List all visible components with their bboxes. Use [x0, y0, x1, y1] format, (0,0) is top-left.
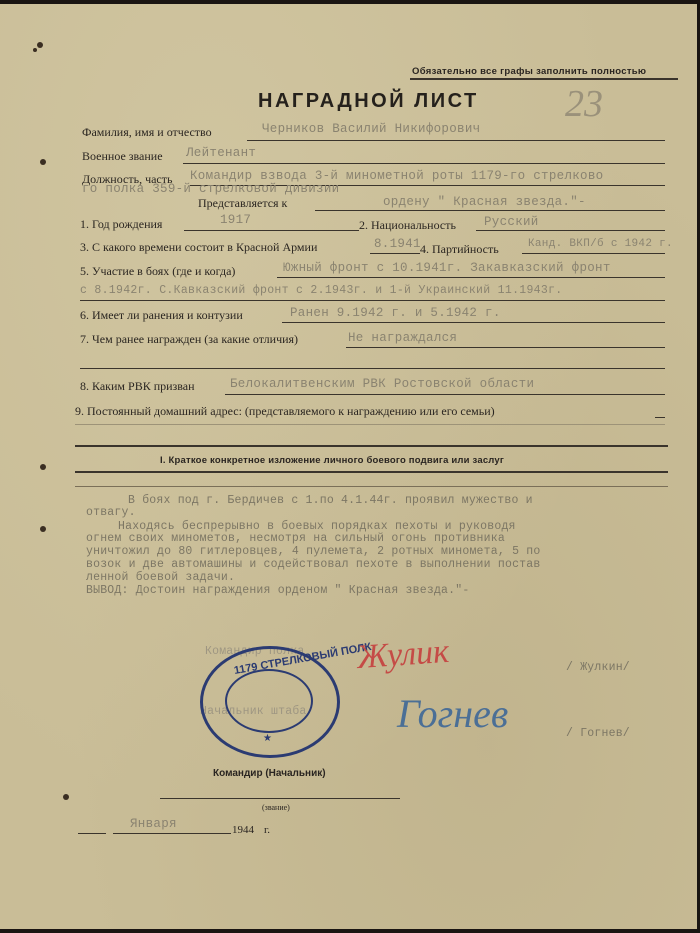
battles-underline-2 [80, 300, 665, 301]
awards-value: Не награждался [348, 331, 457, 345]
address-line-2 [75, 424, 665, 425]
signer1-typed-name: / Жулкин/ [566, 661, 630, 674]
army-since-label: 3. С какого времени состоит в Красной Ар… [80, 240, 317, 255]
narrative-line: ВЫВОД: Достоин награждения орденом " Кра… [86, 584, 469, 597]
regiment-stamp: 1179 СТРЕЛКОВЫЙ ПОЛК ★ [200, 646, 340, 758]
punch-hole [40, 526, 46, 532]
narrative-line: отвагу. [86, 506, 136, 519]
nominated-label: Представляется к [198, 196, 287, 211]
punch-hole [40, 464, 46, 470]
birth-year-underline [184, 230, 359, 231]
position-value-line2: го полка 359-й стрелковой дивизии [82, 182, 339, 196]
punch-hole [40, 159, 46, 165]
birth-year-label: 1. Год рождения [80, 217, 162, 232]
section1-heading: I. Краткое конкретное изложение личного … [160, 455, 504, 466]
rank-value: Лейтенант [186, 146, 256, 160]
party-label: 4. Партийность [420, 242, 499, 257]
narrative-line: уничтожил до 80 гитлеровцев, 4 пулемета,… [86, 545, 540, 558]
wounds-value: Ранен 9.1942 г. и 5.1942 г. [290, 306, 501, 320]
awards-underline [346, 347, 665, 348]
rvk-value: Белокалитвенским РВК Ростовской области [230, 377, 534, 391]
party-value: Канд. ВКП/б с 1942 г. [528, 238, 673, 250]
commander-label: Командир (Начальник) [213, 768, 326, 779]
narrative-line: огнем своих минометов, несмотря на сильн… [86, 532, 505, 545]
handwritten-number: 23 [565, 82, 603, 126]
punch-hole [37, 42, 43, 48]
fio-label: Фамилия, имя и отчество [82, 125, 212, 140]
date-suffix: г. [264, 824, 270, 836]
address-label: 9. Постоянный домашний адрес: (представл… [75, 404, 495, 419]
army-since-value: 8.1941 [374, 237, 421, 251]
wounds-underline [282, 322, 665, 323]
punch-hole [63, 794, 69, 800]
battles-underline [277, 277, 665, 278]
narrative-line: возок и две автомашины и содействовал пе… [86, 558, 540, 571]
signer2-typed-name: / Гогнев/ [566, 727, 630, 740]
rank-label: Военное звание [82, 149, 163, 164]
rvk-underline [225, 394, 665, 395]
nominated-value: ордену " Красная звезда."- [383, 195, 586, 209]
date-month-line [113, 833, 231, 834]
birth-year-value: 1917 [220, 213, 251, 227]
address-underline [655, 417, 665, 418]
section-rule-bottom [75, 471, 668, 473]
narrative-line: В боях под г. Бердичев с 1.по 4.1.44г. п… [128, 494, 533, 507]
signature-blue: Гогнев [397, 690, 508, 737]
rank-underline [183, 163, 665, 164]
rank-caption: (звание) [262, 803, 290, 812]
party-underline [522, 253, 665, 254]
section-rule-thin [75, 486, 668, 487]
fio-underline [247, 140, 665, 141]
wounds-label: 6. Имеет ли ранения и контузии [80, 308, 243, 323]
notice-underline [410, 78, 678, 80]
punch-hole [33, 48, 37, 52]
section-rule-top [75, 445, 668, 447]
narrative-line: ленной боевой задачи. [86, 571, 235, 584]
rvk-label: 8. Каким РВК призван [80, 379, 195, 394]
battles-label: 5. Участие в боях (где и когда) [80, 264, 235, 279]
stamp-star-icon: ★ [263, 733, 272, 744]
nominated-underline [315, 210, 665, 211]
date-year: 1944 [232, 824, 254, 836]
awards-label: 7. Чем ранее награжден (за какие отличия… [80, 332, 298, 347]
awards-underline-2 [80, 368, 665, 369]
battles-value-line1: Южный фронт с 10.1941г. Закавказский фро… [283, 261, 611, 275]
nationality-underline [476, 230, 665, 231]
fio-value: Черников Василий Никифорович [262, 122, 480, 136]
date-day-line [78, 833, 106, 834]
battles-value-line2: с 8.1942г. С.Кавказский фронт с 2.1943г.… [80, 284, 562, 297]
page-title: НАГРАДНОЙ ЛИСТ [258, 90, 479, 113]
fill-all-fields-notice: Обязательно все графы заполнить полность… [412, 66, 646, 77]
date-month: Января [130, 817, 177, 831]
stamp-inner-ring [225, 669, 313, 733]
award-sheet-paper: Обязательно все графы заполнить полность… [0, 4, 697, 929]
signature-red: Жулик [356, 633, 450, 677]
rank-signature-line [160, 798, 400, 799]
army-since-underline [370, 253, 420, 254]
position-value-line1: Командир взвода 3-й минометной роты 1179… [190, 169, 603, 183]
nationality-label: 2. Национальность [359, 218, 456, 233]
nationality-value: Русский [484, 215, 539, 229]
